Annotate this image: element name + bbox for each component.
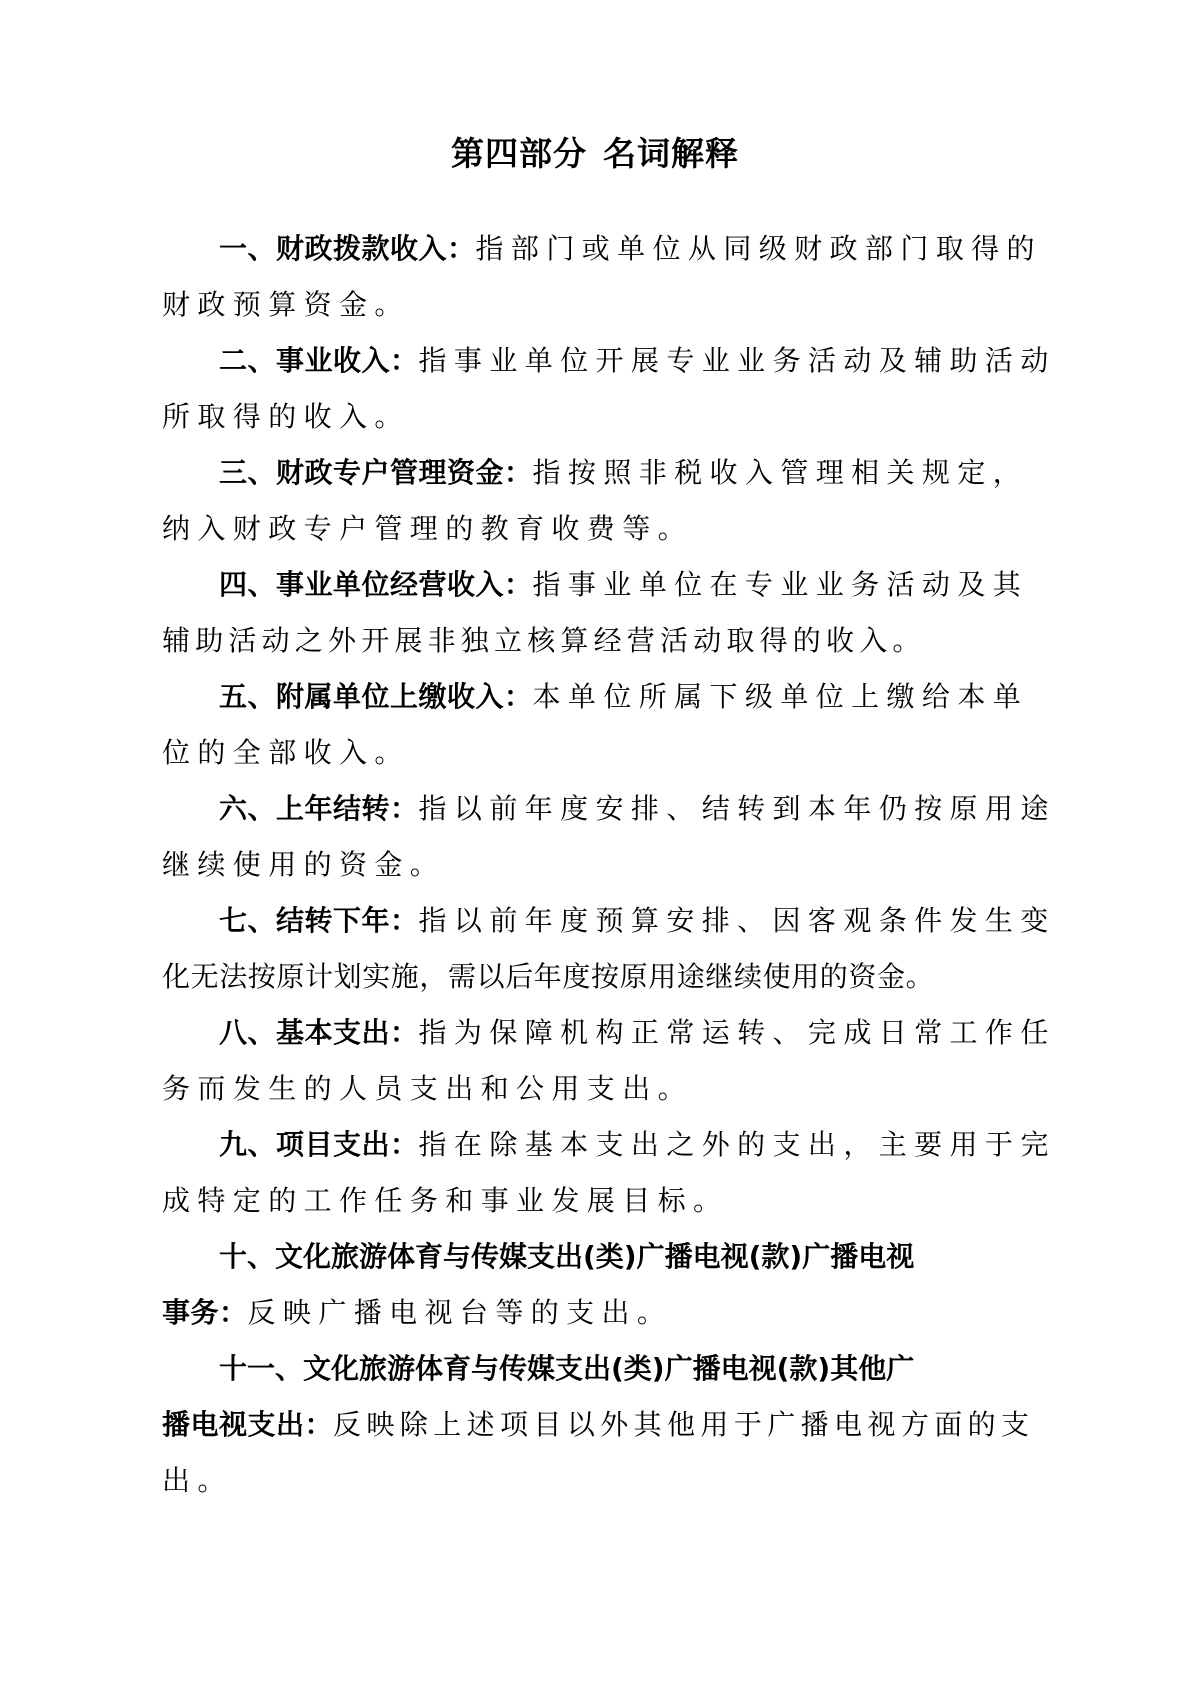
- entry-term: 八、基本支出：: [219, 1016, 419, 1049]
- glossary-entry-6: 六、上年结转：指以前年度安排、结转到本年仍按原用途: [162, 781, 952, 837]
- entry-continuation: 辅助活动之外开展非独立核算经营活动取得的收入。: [162, 613, 952, 669]
- title-part: 第四部分: [451, 134, 587, 173]
- entry-continuation: 位的全部收入。: [162, 725, 952, 781]
- entry-definition: 指事业单位开展专业业务活动及辅助活动: [419, 344, 1056, 377]
- entry-term: 四、事业单位经营收入：: [219, 568, 533, 601]
- entry-continuation: 成特定的工作任务和事业发展目标。: [162, 1173, 952, 1229]
- glossary-entry-8: 八、基本支出：指为保障机构正常运转、完成日常工作任: [162, 1005, 952, 1061]
- entry-term-continuation: 播电视支出：: [162, 1408, 333, 1441]
- entry-definition: 指部门或单位从同级财政部门取得的: [476, 232, 1042, 265]
- entry-continuation: 出。: [162, 1453, 952, 1509]
- glossary-entry-5: 五、附属单位上缴收入：本单位所属下级单位上缴给本单: [162, 669, 952, 725]
- entry-term: 十一、文化旅游体育与传媒支出(类)广播电视(款)其他广: [219, 1352, 914, 1385]
- entry-continuation: 纳入财政专户管理的教育收费等。: [162, 501, 952, 557]
- entry-definition: 指为保障机构正常运转、完成日常工作任: [419, 1016, 1056, 1049]
- entry-term: 十、文化旅游体育与传媒支出(类)广播电视(款)广播电视: [219, 1240, 914, 1273]
- entry-definition: 指以前年度安排、结转到本年仍按原用途: [419, 792, 1056, 825]
- entry-definition: 本单位所属下级单位上缴给本单: [533, 680, 1029, 713]
- entry-continuation: 务而发生的人员支出和公用支出。: [162, 1061, 952, 1117]
- entry-continuation: 播电视支出：反映除上述项目以外其他用于广播电视方面的支: [162, 1397, 952, 1453]
- glossary-entry-7: 七、结转下年：指以前年度预算安排、因客观条件发生变: [162, 893, 952, 949]
- entry-definition: 指在除基本支出之外的支出，主要用于完: [419, 1128, 1056, 1161]
- entry-term: 二、事业收入：: [219, 344, 419, 377]
- glossary-entry-1: 一、财政拨款收入：指部门或单位从同级财政部门取得的: [162, 221, 952, 277]
- glossary-body: 一、财政拨款收入：指部门或单位从同级财政部门取得的 财政预算资金。 二、事业收入…: [162, 221, 952, 1509]
- entry-definition: 指按照非税收入管理相关规定，: [533, 456, 1029, 489]
- entry-term: 六、上年结转：: [219, 792, 419, 825]
- glossary-entry-3: 三、财政专户管理资金：指按照非税收入管理相关规定，: [162, 445, 952, 501]
- entry-term: 一、财政拨款收入：: [219, 232, 476, 265]
- title-name: 名词解释: [603, 134, 739, 173]
- entry-term: 五、附属单位上缴收入：: [219, 680, 533, 713]
- entry-definition: 反映广播电视台等的支出。: [248, 1296, 673, 1329]
- entry-definition: 反映除上述项目以外其他用于广播电视方面的支: [333, 1408, 1034, 1441]
- entry-definition: 指事业单位在专业业务活动及其: [533, 568, 1029, 601]
- entry-continuation: 所取得的收入。: [162, 389, 952, 445]
- glossary-entry-9: 九、项目支出：指在除基本支出之外的支出，主要用于完: [162, 1117, 952, 1173]
- entry-term: 三、财政专户管理资金：: [219, 456, 533, 489]
- entry-term: 七、结转下年：: [219, 904, 419, 937]
- glossary-entry-10: 十、文化旅游体育与传媒支出(类)广播电视(款)广播电视: [162, 1229, 952, 1285]
- glossary-entry-4: 四、事业单位经营收入：指事业单位在专业业务活动及其: [162, 557, 952, 613]
- glossary-entry-2: 二、事业收入：指事业单位开展专业业务活动及辅助活动: [162, 333, 952, 389]
- entry-continuation: 财政预算资金。: [162, 277, 952, 333]
- glossary-entry-11: 十一、文化旅游体育与传媒支出(类)广播电视(款)其他广: [162, 1341, 952, 1397]
- entry-continuation: 化无法按原计划实施，需以后年度按原用途继续使用的资金。: [162, 949, 952, 1005]
- page-title: 第四部分名词解释: [0, 132, 1190, 176]
- entry-term: 九、项目支出：: [219, 1128, 419, 1161]
- entry-definition: 指以前年度预算安排、因客观条件发生变: [419, 904, 1056, 937]
- entry-continuation: 事务：反映广播电视台等的支出。: [162, 1285, 952, 1341]
- entry-term-continuation: 事务：: [162, 1296, 248, 1329]
- entry-continuation: 继续使用的资金。: [162, 837, 952, 893]
